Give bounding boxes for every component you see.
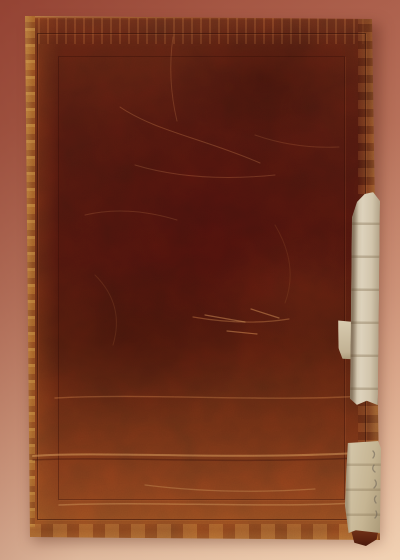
handwriting-marks bbox=[366, 445, 380, 525]
repair-tape-layer bbox=[0, 0, 400, 560]
spine-tape-strip bbox=[350, 192, 380, 405]
bottom-tape-patch bbox=[345, 441, 381, 533]
photo-background bbox=[0, 0, 400, 560]
